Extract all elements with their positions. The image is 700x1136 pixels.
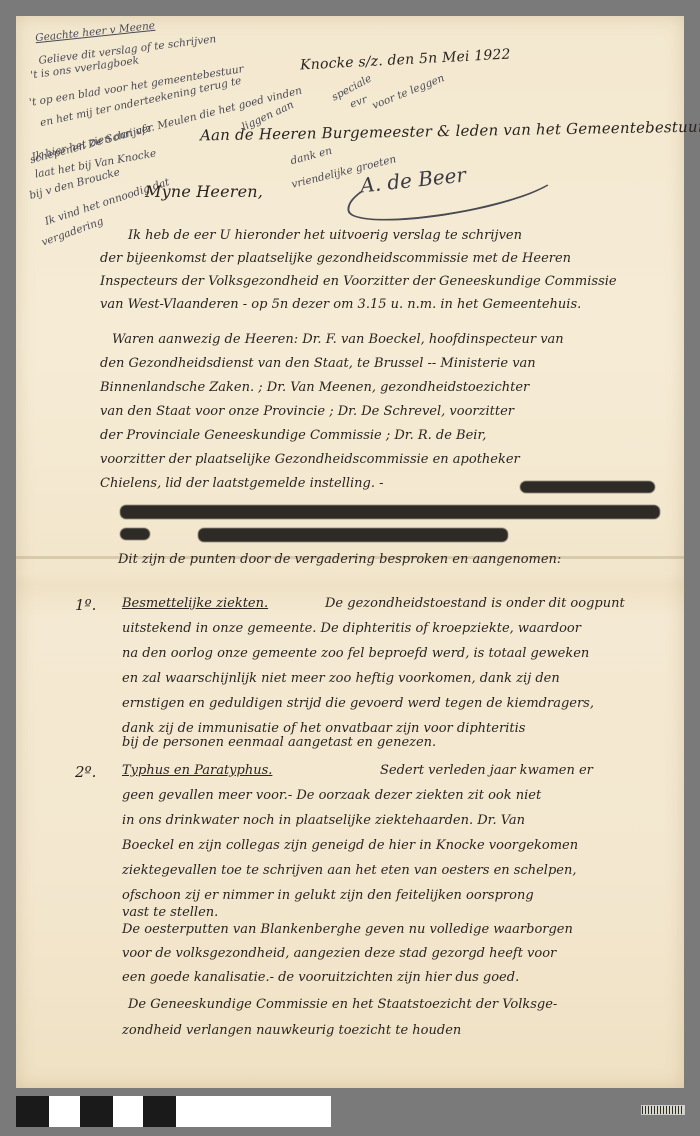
salutation: Myne Heeren, xyxy=(145,182,263,201)
text-line: voorzitter der plaatselijke Gezondheidsc… xyxy=(100,452,700,467)
text-line: den Gezondheidsdienst van den Staat, te … xyxy=(100,356,700,371)
text-line: in ons drinkwater noch in plaatselijke z… xyxy=(122,813,700,828)
redaction-scribble xyxy=(520,481,655,493)
calibration-block xyxy=(16,1096,49,1127)
text-line: De Geneeskundige Commissie en het Staats… xyxy=(128,997,700,1012)
text-line: De oesterputten van Blankenberghe geven … xyxy=(122,922,700,937)
calibration-block xyxy=(176,1096,331,1127)
redaction-scribble xyxy=(198,528,508,542)
text-line: der bijeenkomst der plaatselijke gezondh… xyxy=(100,251,700,266)
calibration-block xyxy=(49,1096,80,1127)
transition-line: Dit zijn de punten door de vergadering b… xyxy=(118,552,700,567)
text-line: en zal waarschijnlijk niet meer zoo heft… xyxy=(122,671,700,686)
text-line: ziektegevallen toe te schrijven aan het … xyxy=(122,863,700,878)
text-line: der Provinciale Geneeskundige Commissie … xyxy=(100,428,700,443)
calibration-block xyxy=(143,1096,176,1127)
text-line: voor de volksgezondheid, aangezien deze … xyxy=(122,946,700,961)
text-line: zondheid verlangen nauwkeurig toezicht t… xyxy=(122,1023,700,1038)
text-line: een goede kanalisatie.- de vooruitzichte… xyxy=(122,970,700,985)
text-line: vast te stellen. xyxy=(122,905,700,920)
text-line: geen gevallen meer voor.- De oorzaak dez… xyxy=(122,788,700,803)
text-line: Waren aanwezig de Heeren: Dr. F. van Boe… xyxy=(112,332,700,347)
text-line: bij de personen eenmaal aangetast en gen… xyxy=(122,735,700,750)
text-line: Ik heb de eer U hieronder het uitvoerig … xyxy=(128,228,700,243)
redaction-scribble xyxy=(120,505,660,519)
archive-barcode-label xyxy=(641,1105,685,1115)
text-line: na den oorlog onze gemeente zoo fel bepr… xyxy=(122,646,700,661)
text-line: uitstekend in onze gemeente. De diphteri… xyxy=(122,621,700,636)
text-line: De gezondheidstoestand is onder dit oogp… xyxy=(325,596,700,611)
text-line: Sedert verleden jaar kwamen er xyxy=(380,763,700,778)
redaction-scribble xyxy=(120,528,150,540)
calibration-block xyxy=(80,1096,113,1127)
text-line: van West-Vlaanderen - op 5n dezer om 3.1… xyxy=(100,297,700,312)
text-line: Binnenlandsche Zaken. ; Dr. Van Meenen, … xyxy=(100,380,700,395)
text-line: Boeckel en zijn collegas zijn geneigd de… xyxy=(122,838,700,853)
text-line: ofschoon zij er nimmer in gelukt zijn de… xyxy=(122,888,700,903)
text-line: Inspecteurs der Volksgezondheid en Voorz… xyxy=(100,274,700,289)
item-number: 2º. xyxy=(75,763,96,781)
text-line: ernstigen en geduldigen strijd die gevoe… xyxy=(122,696,700,711)
item-number: 1º. xyxy=(75,596,96,614)
calibration-block xyxy=(113,1096,143,1127)
text-line: van den Staat voor onze Provincie ; Dr. … xyxy=(100,404,700,419)
text-line: dank zij de immunisatie of het onvatbaar… xyxy=(122,721,700,736)
